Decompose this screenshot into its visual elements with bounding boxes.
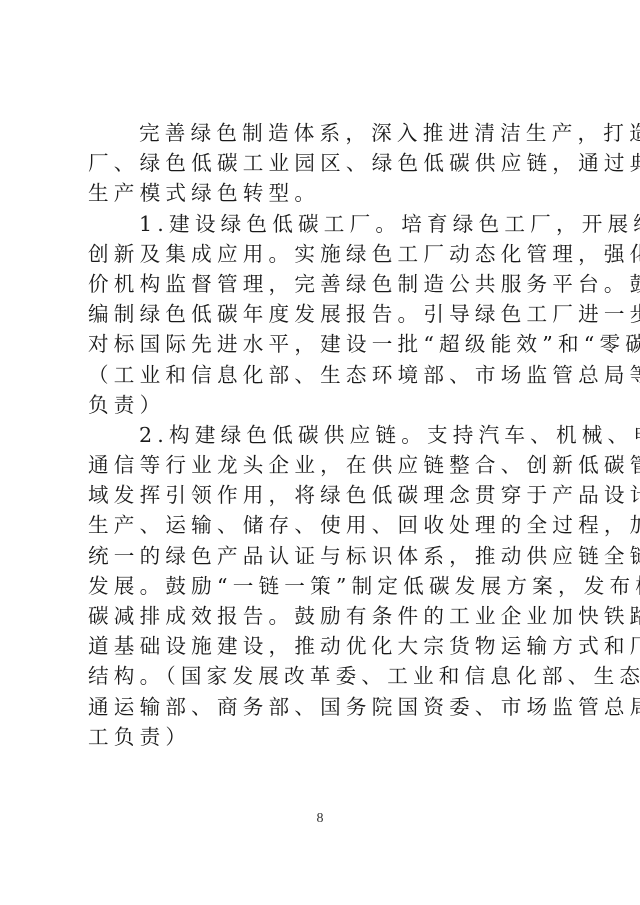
text-line: 生产、运输、储存、使用、回收处理的全过程，加快推进构建 bbox=[88, 510, 554, 540]
text-line: 创新及集成应用。实施绿色工厂动态化管理，强化对第三方评 bbox=[88, 239, 554, 269]
text-line: 通运输部、商务部、国务院国资委、市场监管总局等按职责分 bbox=[88, 692, 554, 722]
text-line: 碳减排成效报告。鼓励有条件的工业企业加快铁路专用线和管 bbox=[88, 601, 554, 631]
text-line: 道基础设施建设，推动优化大宗货物运输方式和厂内物流运输 bbox=[88, 631, 554, 661]
text-line: 完善绿色制造体系，深入推进清洁生产，打造绿色低碳工 bbox=[88, 118, 554, 148]
paragraph-item-2-green-low-carbon-supply-chain: 2.构建绿色低碳供应链。支持汽车、机械、电子、纺织、 通信等行业龙头企业，在供应… bbox=[88, 420, 554, 752]
text-line: 生产模式绿色转型。 bbox=[88, 178, 554, 208]
text-line: 2.构建绿色低碳供应链。支持汽车、机械、电子、纺织、 bbox=[88, 420, 554, 450]
text-line: 发展。鼓励“一链一策”制定低碳发展方案，发布核心供应商 bbox=[88, 571, 554, 601]
text-line: 价机构监督管理，完善绿色制造公共服务平台。鼓励绿色工厂 bbox=[88, 269, 554, 299]
text-line: 工负责） bbox=[88, 722, 554, 752]
text-line: 对标国际先进水平，建设一批“超级能效”和“零碳”工厂。 bbox=[88, 329, 554, 359]
text-line: 结构。（国家发展改革委、工业和信息化部、生态环境部、交 bbox=[88, 661, 554, 691]
text-line: 负责） bbox=[88, 390, 554, 420]
text-line: 域发挥引领作用，将绿色低碳理念贯穿于产品设计、原料采购、 bbox=[88, 480, 554, 510]
paragraph-intro: 完善绿色制造体系，深入推进清洁生产，打造绿色低碳工 厂、绿色低碳工业园区、绿色低… bbox=[88, 118, 554, 209]
text-line: 编制绿色低碳年度发展报告。引导绿色工厂进一步提标改造， bbox=[88, 299, 554, 329]
text-line: 厂、绿色低碳工业园区、绿色低碳供应链，通过典型示范带动 bbox=[88, 148, 554, 178]
text-line: 统一的绿色产品认证与标识体系，推动供应链全链条绿色低碳 bbox=[88, 541, 554, 571]
document-body: 完善绿色制造体系，深入推进清洁生产，打造绿色低碳工 厂、绿色低碳工业园区、绿色低… bbox=[88, 118, 554, 752]
paragraph-item-1-green-low-carbon-factory: 1.建设绿色低碳工厂。培育绿色工厂，开展绿色制造技术 创新及集成应用。实施绿色工… bbox=[88, 209, 554, 420]
text-line: 1.建设绿色低碳工厂。培育绿色工厂，开展绿色制造技术 bbox=[88, 209, 554, 239]
text-line: 通信等行业龙头企业，在供应链整合、创新低碳管理等关键领 bbox=[88, 450, 554, 480]
page-number: 8 bbox=[0, 811, 640, 827]
text-line: （工业和信息化部、生态环境部、市场监管总局等按职责分工 bbox=[88, 360, 554, 390]
